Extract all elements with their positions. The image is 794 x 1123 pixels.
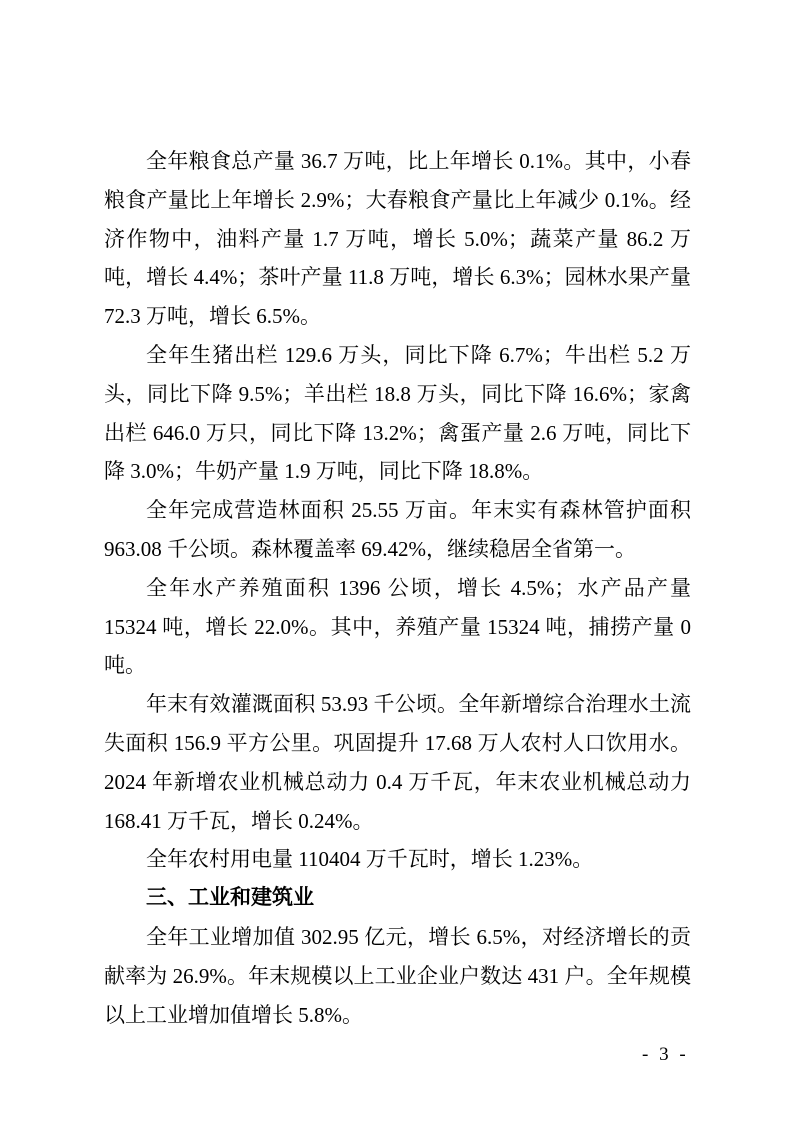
document-body: 全年粮食总产量 36.7 万吨，比上年增长 0.1%。其中，小春粮食产量比上年增… [104, 142, 691, 1034]
body-paragraph: 全年农村用电量 110404 万千瓦时，增长 1.23%。 [104, 840, 691, 879]
body-paragraph: 全年工业增加值 302.95 亿元，增长 6.5%，对经济增长的贡献率为 26.… [104, 918, 691, 1034]
body-paragraph: 全年完成营造林面积 25.55 万亩。年末实有森林管护面积 963.08 千公顷… [104, 491, 691, 569]
section-heading: 三、工业和建筑业 [104, 879, 691, 918]
body-paragraph: 全年生猪出栏 129.6 万头，同比下降 6.7%；牛出栏 5.2 万头，同比下… [104, 336, 691, 491]
document-page: 全年粮食总产量 36.7 万吨，比上年增长 0.1%。其中，小春粮食产量比上年增… [0, 0, 794, 1123]
body-paragraph: 全年粮食总产量 36.7 万吨，比上年增长 0.1%。其中，小春粮食产量比上年增… [104, 142, 691, 336]
page-number: - 3 - [642, 1044, 712, 1066]
body-paragraph: 全年水产养殖面积 1396 公顷，增长 4.5%；水产品产量 15324 吨，增… [104, 569, 691, 685]
body-paragraph: 年末有效灌溉面积 53.93 千公顷。全年新增综合治理水土流失面积 156.9 … [104, 685, 691, 840]
